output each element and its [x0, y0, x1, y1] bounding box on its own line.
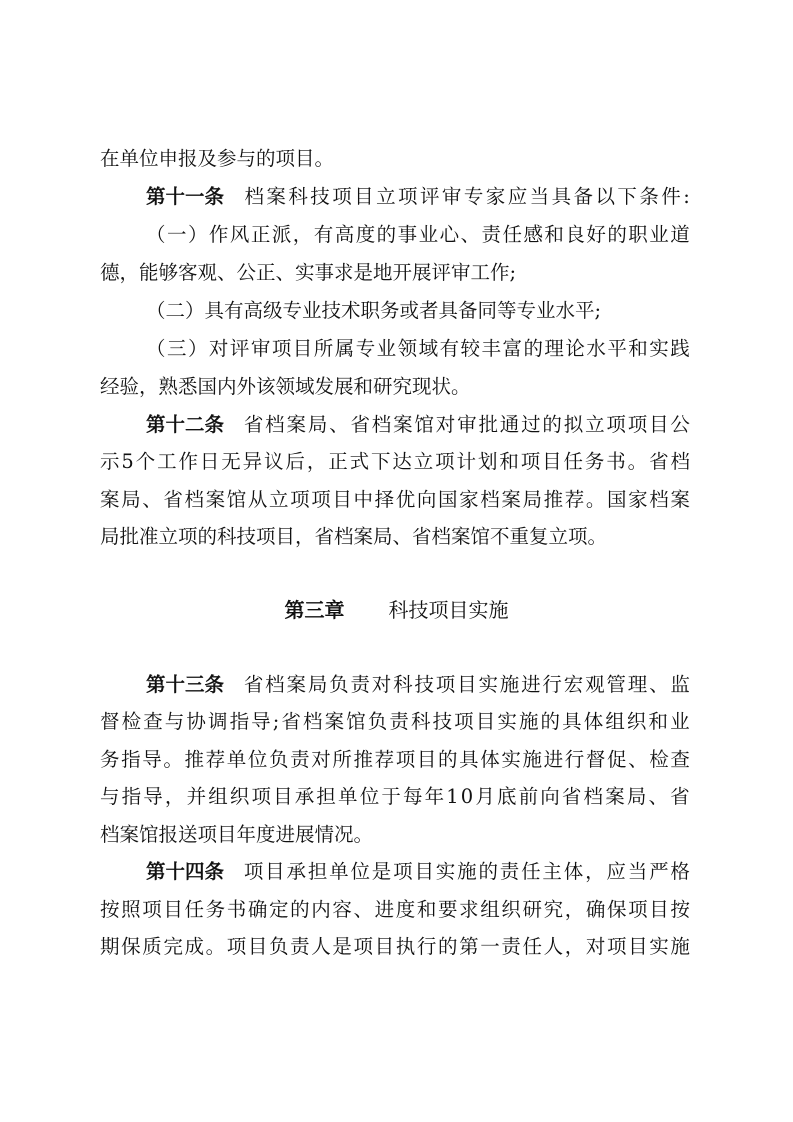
article-13-line-5: 档案馆报送项目年度进展情况。: [100, 820, 690, 850]
article-13-line-2: 督检查与协调指导;省档案馆负责科技项目实施的具体组织和业: [100, 707, 690, 737]
chapter-number: 第三章: [285, 598, 345, 622]
paragraph-continuation: 在单位申报及参与的项目。: [100, 144, 690, 174]
article-11-item-3-cont: 经验，熟悉国内外该领域发展和研究现状。: [100, 372, 690, 402]
article-11-item-1: （一）作风正派，有高度的事业心、责任感和良好的职业道: [146, 220, 690, 250]
article-14-line-2: 按照项目任务书确定的内容、进度和要求组织研究，确保项目按: [100, 895, 690, 925]
document-page: 在单位申报及参与的项目。 第十一条档案科技项目立项评审专家应当具备以下条件: （…: [0, 0, 793, 1122]
article-11-item-3: （三）对评审项目所属专业领域有较丰富的理论水平和实践: [146, 334, 690, 364]
article-12-heading-line: 第十二条省档案局、省档案馆对审批通过的拟立项项目公: [146, 410, 690, 440]
article-12-line-3: 案局、省档案馆从立项项目中择优向国家档案局推荐。国家档案: [100, 485, 690, 515]
text-line: 在单位申报及参与的项目。: [100, 147, 334, 170]
article-13-heading-line: 第十三条省档案局负责对科技项目实施进行宏观管理、监: [146, 670, 690, 700]
article-13-line-3: 务指导。推荐单位负责对所推荐项目的具体实施进行督促、检查: [100, 745, 690, 775]
text-line: 局批准立项的科技项目，省档案局、省档案馆不重复立项。: [100, 525, 607, 548]
article-12-line-4: 局批准立项的科技项目，省档案局、省档案馆不重复立项。: [100, 522, 690, 552]
article-14-line-3: 期保质完成。项目负责人是项目执行的第一责任人，对项目实施: [100, 932, 690, 962]
article-12-line-2: 示5个工作日无异议后，正式下达立项计划和项目任务书。省档: [100, 447, 690, 477]
article-11-item-2: （二）具有高级专业技术职务或者具备同等专业水平;: [146, 296, 690, 326]
article-label: 第十一条: [146, 182, 224, 212]
article-label: 第十四条: [146, 857, 224, 887]
chapter-heading: 第三章科技项目实施: [0, 595, 793, 625]
article-14-heading-line: 第十四条项目承担单位是项目实施的责任主体，应当严格: [146, 857, 690, 887]
text-line: 德，能够客观、公正、实事求是地开展评审工作;: [100, 261, 516, 284]
chapter-title: 科技项目实施: [389, 598, 509, 622]
article-label: 第十二条: [146, 410, 224, 440]
article-11-item-1-cont: 德，能够客观、公正、实事求是地开展评审工作;: [100, 258, 690, 288]
article-label: 第十三条: [146, 670, 224, 700]
article-13-line-4: 与指导，并组织项目承担单位于每年10月底前向省档案局、省: [100, 782, 690, 812]
text-line: （二）具有高级专业技术职务或者具备同等专业水平;: [146, 299, 601, 322]
text-line: 档案馆报送项目年度进展情况。: [100, 823, 373, 846]
text-line: 经验，熟悉国内外该领域发展和研究现状。: [100, 375, 471, 398]
article-11-heading-line: 第十一条档案科技项目立项评审专家应当具备以下条件:: [146, 182, 690, 212]
